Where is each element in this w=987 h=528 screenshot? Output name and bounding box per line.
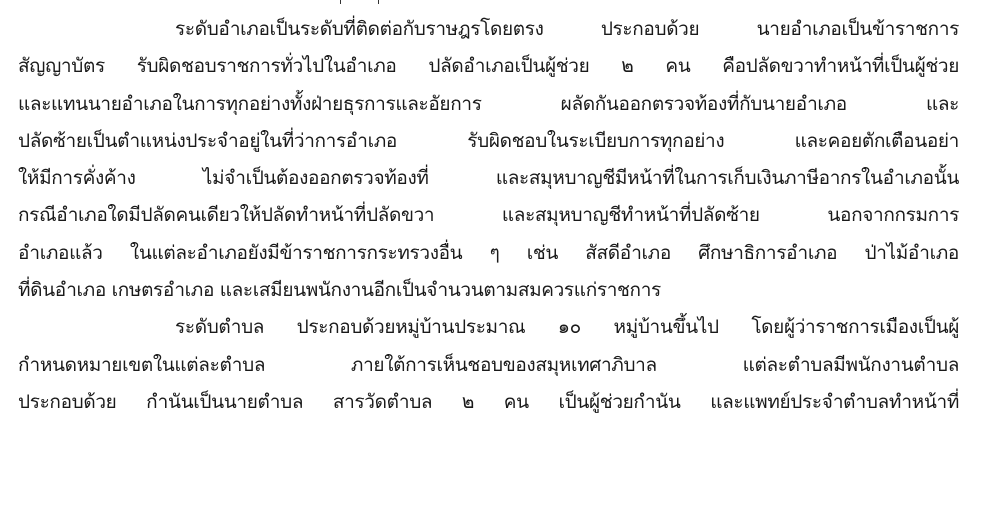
top-mark-2 [378,0,379,4]
document-page: ระดับอำเภอเป็นระดับที่ติดต่อกับราษฎรโดยต… [18,11,959,421]
text-line: ระดับตำบล ประกอบด้วยหมู่บ้านประมาณ ๑๐ หม… [18,309,959,346]
text-line: ปลัดซ้ายเป็นตำแหน่งประจำอยู่ในที่ว่าการอ… [18,123,959,160]
paragraph-tambon: ระดับตำบล ประกอบด้วยหมู่บ้านประมาณ ๑๐ หม… [18,309,959,421]
text-line: ระดับอำเภอเป็นระดับที่ติดต่อกับราษฎรโดยต… [18,11,959,48]
text-line: กำหนดหมายเขตในแต่ละตำบล ภายใต้การเห็นชอบ… [18,347,959,384]
text-line: สัญญาบัตร รับผิดชอบราชการทั่วไปในอำเภอ ป… [18,48,959,85]
text-line: ที่ดินอำเภอ เกษตรอำเภอ และเสมียนพนักงานอ… [18,272,959,309]
text-line: อำเภอแล้ว ในแต่ละอำเภอยังมีข้าราชการกระท… [18,235,959,272]
text-line: กรณีอำเภอใดมีปลัดคนเดียวให้ปลัดทำหน้าที่… [18,197,959,234]
paragraph-amphoe: ระดับอำเภอเป็นระดับที่ติดต่อกับราษฎรโดยต… [18,11,959,309]
text-line: ให้มีการคั่งค้าง ไม่จำเป็นต้องออกตรวจท้อ… [18,160,959,197]
text-line: ประกอบด้วย กำนันเป็นนายตำบล สารวัดตำบล ๒… [18,384,959,421]
text-line: และแทนนายอำเภอในการทุกอย่างทั้งฝ่ายธุรกา… [18,86,959,123]
top-mark-1 [340,0,341,4]
